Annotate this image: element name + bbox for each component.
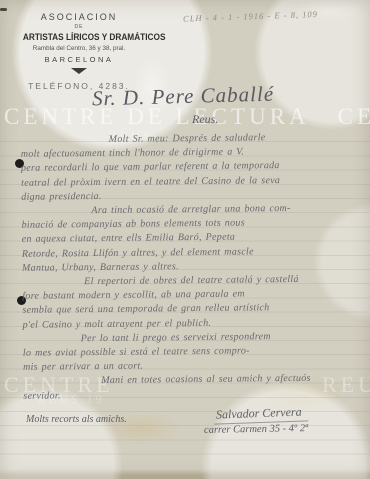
letter-body: Molt Sr. meu: Després de saludarle molt … — [21, 130, 368, 403]
addressee-city: Reus. — [192, 112, 218, 127]
scan-artifact — [0, 8, 7, 11]
body-line: servidor. — [23, 386, 367, 404]
archive-reference-code: CLH - 4 - 1 - 1916 - E - 8, 109 — [183, 8, 333, 23]
closing-regards: Molts recorts als amichs. — [26, 414, 127, 425]
letterhead-association-name: ASOCIACION — [18, 12, 140, 22]
scanned-letter-page: CENTRE DE LECTURA CENTRE D REUS CENTRE R… — [0, 0, 370, 479]
addressee-name: Sr. D. Pere Caballé — [92, 82, 275, 112]
letterhead-de: DE — [18, 24, 140, 30]
letterhead-artists-line: ARTISTAS LÍRICOS Y DRAMÁTICOS — [23, 32, 135, 42]
signature: Salvador Cervera — [214, 404, 308, 424]
letterhead-street-address: Rambla del Centro, 36 y 38, pral. — [18, 45, 140, 52]
letterhead: ASOCIACION DE ARTISTAS LÍRICOS Y DRAMÁTI… — [18, 12, 140, 91]
fleuron-ornament-icon — [71, 68, 87, 75]
signature-address: carrer Carmen 35 - 4º 2ª — [204, 423, 308, 436]
letterhead-city: BARCELONA — [18, 55, 140, 64]
